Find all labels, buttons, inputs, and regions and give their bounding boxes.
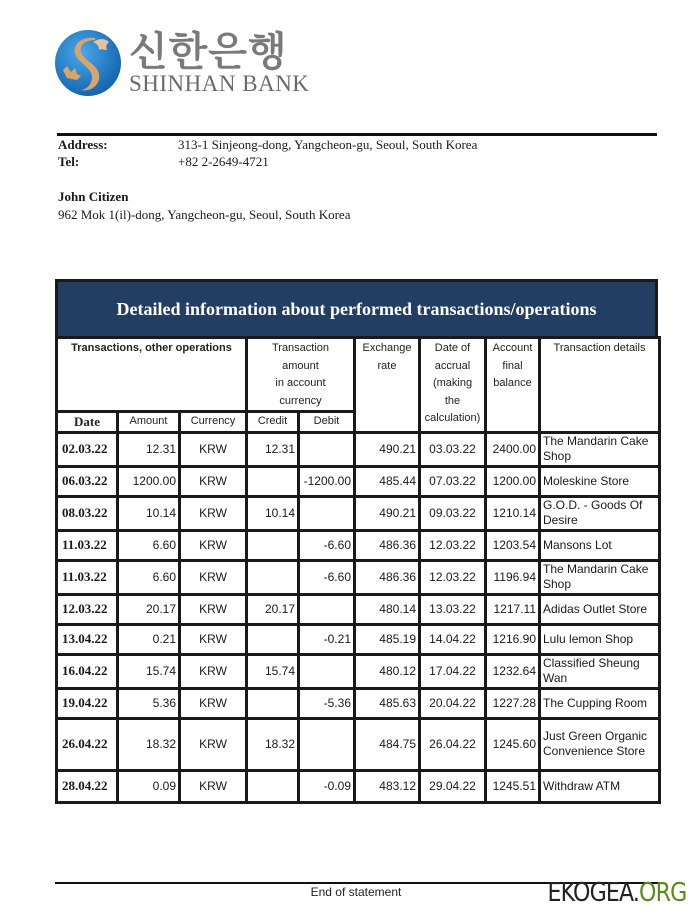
cell-amount: 6.60: [118, 530, 180, 560]
cell-balance: 1227.28: [486, 688, 540, 718]
cell-currency: KRW: [180, 718, 247, 770]
cell-credit: 18.32: [247, 718, 299, 770]
cell-credit: [247, 624, 299, 654]
customer-address: 962 Mok 1(il)-dong, Yangcheon-gu, Seoul,…: [58, 206, 350, 224]
watermark-main: EKOGEA.: [547, 878, 639, 908]
header-line: calculation): [423, 410, 482, 428]
header-credit: Credit: [247, 412, 299, 433]
cell-exchange-rate: 480.14: [355, 594, 420, 624]
cell-credit: 12.31: [247, 432, 299, 466]
cell-accrual-date: 03.03.22: [420, 432, 486, 466]
cell-currency: KRW: [180, 688, 247, 718]
cell-amount: 0.09: [118, 770, 180, 802]
header-amount-group: Transactionamountin accountcurrency: [247, 338, 355, 412]
cell-accrual-date: 12.03.22: [420, 530, 486, 560]
header-debit: Debit: [299, 412, 355, 433]
cell-currency: KRW: [180, 530, 247, 560]
cell-amount: 12.31: [118, 432, 180, 466]
cell-exchange-rate: 483.12: [355, 770, 420, 802]
cell-currency: KRW: [180, 654, 247, 688]
table-row: 11.03.226.60KRW-6.60486.3612.03.221203.5…: [57, 530, 660, 560]
header-line: Account: [489, 340, 536, 358]
cell-amount: 18.32: [118, 718, 180, 770]
cell-credit: [247, 688, 299, 718]
cell-date: 16.04.22: [57, 654, 118, 688]
header-line: final: [489, 358, 536, 376]
cell-balance: 1232.64: [486, 654, 540, 688]
cell-exchange-rate: 485.44: [355, 466, 420, 496]
customer-name: John Citizen: [58, 188, 350, 206]
bank-name-english: SHINHAN BANK: [129, 73, 309, 95]
bank-contact-info: Address: 313-1 Sinjeong-dong, Yangcheon-…: [58, 136, 477, 170]
cell-date: 26.04.22: [57, 718, 118, 770]
header-details: Transaction details: [540, 338, 660, 433]
transactions-table: Transactions, other operations Transacti…: [55, 336, 661, 804]
cell-debit: -0.21: [299, 624, 355, 654]
cell-balance: 1245.60: [486, 718, 540, 770]
header-date: Date: [57, 412, 118, 433]
cell-exchange-rate: 486.36: [355, 530, 420, 560]
cell-currency: KRW: [180, 432, 247, 466]
cell-accrual-date: 09.03.22: [420, 496, 486, 530]
cell-date: 11.03.22: [57, 560, 118, 594]
header-date-accrual: Date ofaccrual(makingthecalculation): [420, 338, 486, 433]
cell-details: The Mandarin Cake Shop: [540, 560, 660, 594]
cell-debit: [299, 496, 355, 530]
cell-date: 19.04.22: [57, 688, 118, 718]
cell-accrual-date: 13.03.22: [420, 594, 486, 624]
cell-credit: 20.17: [247, 594, 299, 624]
table-row: 13.04.220.21KRW-0.21485.1914.04.221216.9…: [57, 624, 660, 654]
cell-balance: 1217.11: [486, 594, 540, 624]
header-line: rate: [358, 358, 416, 376]
cell-balance: 2400.00: [486, 432, 540, 466]
cell-amount: 1200.00: [118, 466, 180, 496]
cell-details: Lulu lemon Shop: [540, 624, 660, 654]
cell-details: Classified Sheung Wan: [540, 654, 660, 688]
table-row: 26.04.2218.32KRW18.32484.7526.04.221245.…: [57, 718, 660, 770]
header-line: currency: [250, 393, 351, 411]
cell-debit: -5.36: [299, 688, 355, 718]
cell-accrual-date: 07.03.22: [420, 466, 486, 496]
cell-details: G.O.D. - Goods Of Desire: [540, 496, 660, 530]
cell-details: The Mandarin Cake Shop: [540, 432, 660, 466]
address-value: 313-1 Sinjeong-dong, Yangcheon-gu, Seoul…: [178, 136, 477, 153]
cell-date: 12.03.22: [57, 594, 118, 624]
cell-currency: KRW: [180, 560, 247, 594]
cell-exchange-rate: 490.21: [355, 432, 420, 466]
header-line: balance: [489, 375, 536, 393]
header-line: accrual: [423, 358, 482, 376]
cell-details: Just Green Organic Convenience Store: [540, 718, 660, 770]
shinhan-s-emblem-icon: [53, 28, 123, 98]
cell-accrual-date: 12.03.22: [420, 560, 486, 594]
customer-info: John Citizen 962 Mok 1(il)-dong, Yangche…: [58, 188, 350, 224]
cell-details: Moleskine Store: [540, 466, 660, 496]
cell-exchange-rate: 480.12: [355, 654, 420, 688]
cell-debit: -6.60: [299, 530, 355, 560]
cell-currency: KRW: [180, 496, 247, 530]
cell-balance: 1210.14: [486, 496, 540, 530]
cell-currency: KRW: [180, 770, 247, 802]
cell-details: The Cupping Room: [540, 688, 660, 718]
cell-amount: 0.21: [118, 624, 180, 654]
cell-exchange-rate: 485.19: [355, 624, 420, 654]
cell-credit: [247, 560, 299, 594]
cell-debit: -1200.00: [299, 466, 355, 496]
header-line: Exchange: [358, 340, 416, 358]
cell-date: 13.04.22: [57, 624, 118, 654]
header-line: (making: [423, 375, 482, 393]
cell-exchange-rate: 484.75: [355, 718, 420, 770]
header-line: the: [423, 393, 482, 411]
table-row: 12.03.2220.17KRW20.17480.1413.03.221217.…: [57, 594, 660, 624]
cell-debit: [299, 654, 355, 688]
cell-details: Mansons Lot: [540, 530, 660, 560]
tel-value: +82 2-2649-4721: [178, 153, 269, 170]
header-line: Transaction: [250, 340, 351, 358]
bank-logo: 신한은행 SHINHAN BANK: [53, 27, 309, 99]
cell-date: 11.03.22: [57, 530, 118, 560]
cell-exchange-rate: 485.63: [355, 688, 420, 718]
table-row: 11.03.226.60KRW-6.60486.3612.03.221196.9…: [57, 560, 660, 594]
cell-date: 08.03.22: [57, 496, 118, 530]
tel-label: Tel:: [58, 153, 178, 170]
cell-amount: 20.17: [118, 594, 180, 624]
bank-name-korean: 신한은행: [129, 31, 309, 73]
header-line: in account: [250, 375, 351, 393]
watermark-accent: ORG: [639, 878, 686, 908]
cell-accrual-date: 29.04.22: [420, 770, 486, 802]
cell-accrual-date: 14.04.22: [420, 624, 486, 654]
table-row: 02.03.2212.31KRW12.31490.2103.03.222400.…: [57, 432, 660, 466]
header-line: amount: [250, 358, 351, 376]
cell-amount: 6.60: [118, 560, 180, 594]
cell-debit: [299, 432, 355, 466]
cell-credit: [247, 530, 299, 560]
header-final-balance: Accountfinalbalance: [486, 338, 540, 433]
cell-debit: -6.60: [299, 560, 355, 594]
cell-credit: [247, 770, 299, 802]
cell-credit: [247, 466, 299, 496]
cell-accrual-date: 26.04.22: [420, 718, 486, 770]
cell-balance: 1245.51: [486, 770, 540, 802]
watermark: EKOGEA.ORG: [547, 878, 686, 908]
cell-accrual-date: 17.04.22: [420, 654, 486, 688]
header-line: Date of: [423, 340, 482, 358]
cell-exchange-rate: 490.21: [355, 496, 420, 530]
cell-date: 06.03.22: [57, 466, 118, 496]
cell-exchange-rate: 486.36: [355, 560, 420, 594]
table-row: 19.04.225.36KRW-5.36485.6320.04.221227.2…: [57, 688, 660, 718]
cell-amount: 10.14: [118, 496, 180, 530]
address-label: Address:: [58, 136, 178, 153]
header-amount: Amount: [118, 412, 180, 433]
table-row: 16.04.2215.74KRW15.74480.1217.04.221232.…: [57, 654, 660, 688]
cell-credit: 15.74: [247, 654, 299, 688]
cell-currency: KRW: [180, 594, 247, 624]
cell-details: Adidas Outlet Store: [540, 594, 660, 624]
table-row: 08.03.2210.14KRW10.14490.2109.03.221210.…: [57, 496, 660, 530]
cell-debit: [299, 594, 355, 624]
cell-currency: KRW: [180, 624, 247, 654]
cell-balance: 1196.94: [486, 560, 540, 594]
cell-balance: 1216.90: [486, 624, 540, 654]
cell-amount: 5.36: [118, 688, 180, 718]
cell-balance: 1203.54: [486, 530, 540, 560]
table-title: Detailed information about performed tra…: [55, 279, 658, 336]
cell-date: 28.04.22: [57, 770, 118, 802]
cell-details: Withdraw ATM: [540, 770, 660, 802]
cell-date: 02.03.22: [57, 432, 118, 466]
header-transactions-group: Transactions, other operations: [57, 338, 247, 412]
table-row: 28.04.220.09KRW-0.09483.1229.04.221245.5…: [57, 770, 660, 802]
cell-currency: KRW: [180, 466, 247, 496]
cell-accrual-date: 20.04.22: [420, 688, 486, 718]
transactions-section: Detailed information about performed tra…: [55, 279, 658, 804]
cell-balance: 1200.00: [486, 466, 540, 496]
header-currency: Currency: [180, 412, 247, 433]
table-row: 06.03.221200.00KRW-1200.00485.4407.03.22…: [57, 466, 660, 496]
cell-debit: -0.09: [299, 770, 355, 802]
header-exchange-rate: Exchangerate: [355, 338, 420, 433]
cell-credit: 10.14: [247, 496, 299, 530]
cell-debit: [299, 718, 355, 770]
cell-amount: 15.74: [118, 654, 180, 688]
